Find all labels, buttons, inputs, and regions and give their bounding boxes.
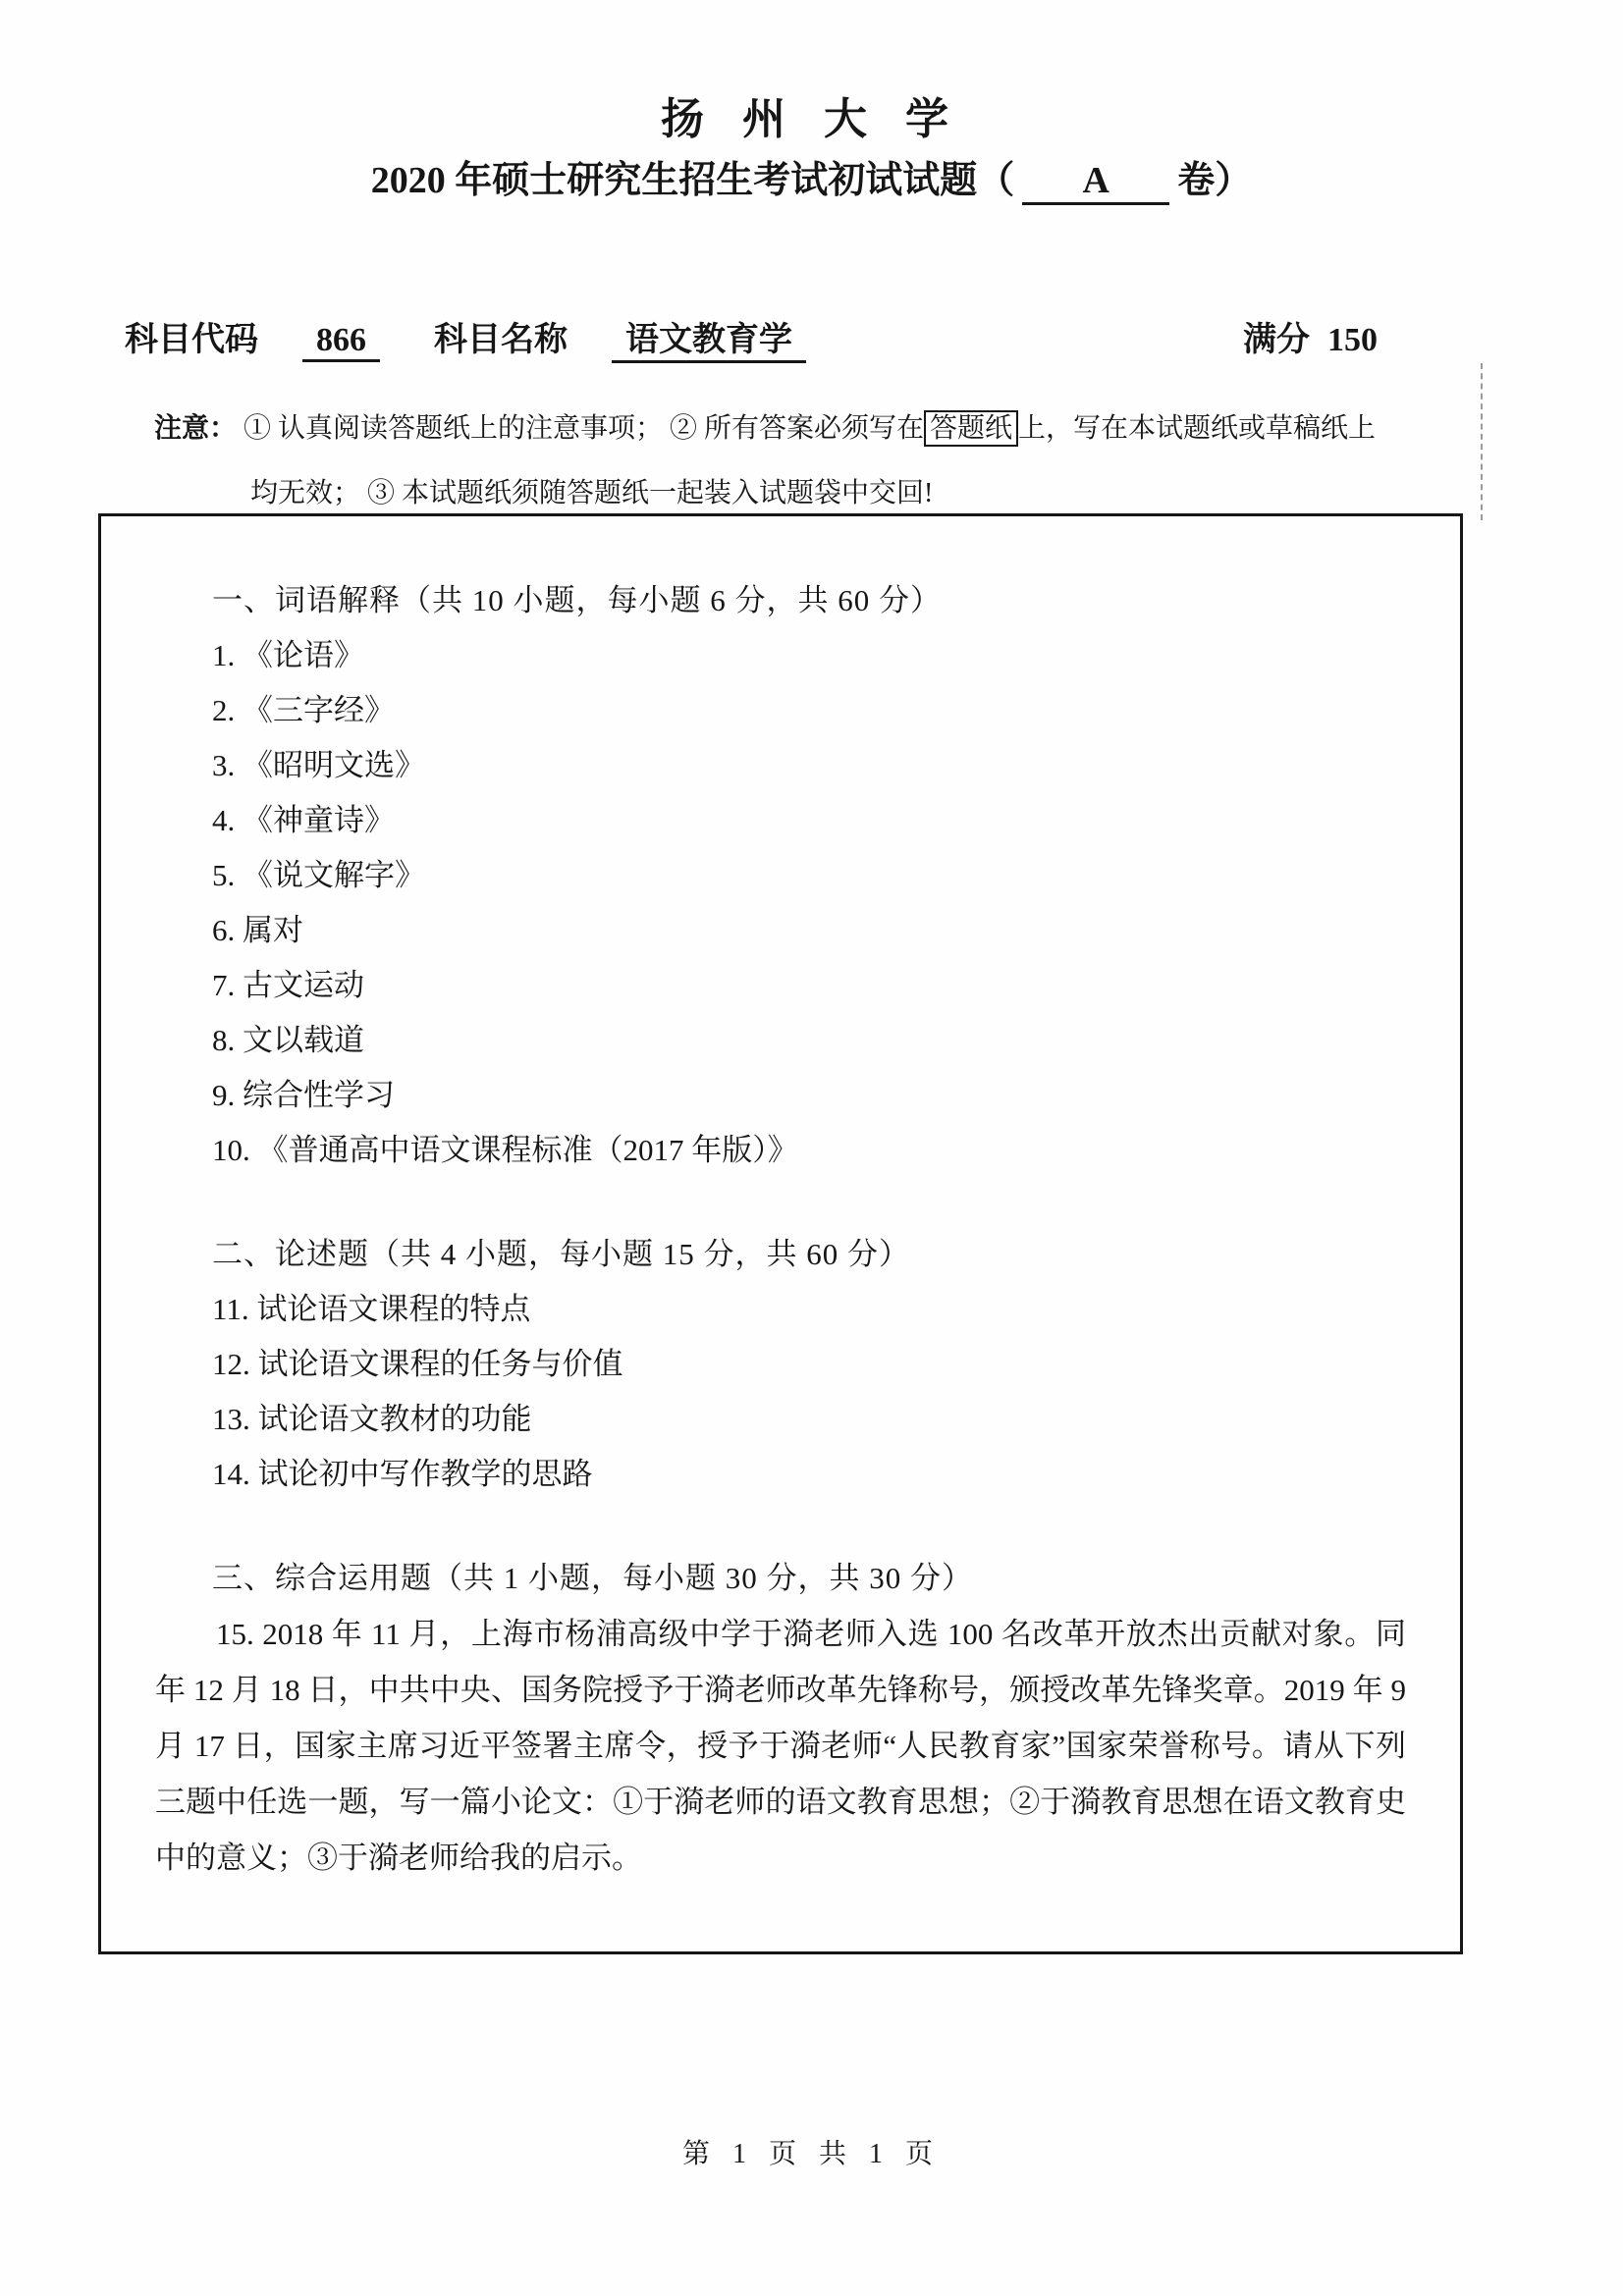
question-box: 一、词语解释（共 10 小题，每小题 6 分，共 60 分）1. 《论语》2. … (98, 513, 1463, 1954)
paper-variant: A (1022, 159, 1169, 205)
section-heading: 二、论述题（共 4 小题，每小题 15 分，共 60 分） (212, 1227, 1406, 1282)
university-title: 扬 州 大 学 (0, 0, 1623, 145)
question-item: 4. 《神童诗》 (212, 793, 1406, 848)
question-item: 11. 试论语文课程的特点 (212, 1282, 1406, 1337)
question-item: 5. 《说文解字》 (212, 848, 1406, 903)
notice-text-1a: ① 认真阅读答题纸上的注意事项； ② 所有答案必须写在 (243, 413, 924, 444)
exam-title: 2020 年硕士研究生招生考试初试试题（A卷） (0, 155, 1623, 206)
question-item: 14. 试论初中写作教学的思路 (212, 1447, 1406, 1502)
question-item: 8. 文以载道 (212, 1013, 1406, 1068)
answer-sheet-boxed-word: 答题纸 (924, 410, 1018, 447)
question-item: 13. 试论语文教材的功能 (212, 1392, 1406, 1447)
notice-line-1: 注意： ① 认真阅读答题纸上的注意事项； ② 所有答案必须写在答题纸上，写在本试… (154, 397, 1505, 461)
scan-artifact-line (1481, 363, 1483, 520)
question-item: 1. 《论语》 (212, 628, 1406, 683)
question-section-2: 二、论述题（共 4 小题，每小题 15 分，共 60 分）11. 试论语文课程的… (155, 1227, 1406, 1502)
question-section-1: 一、词语解释（共 10 小题，每小题 6 分，共 60 分）1. 《论语》2. … (155, 573, 1406, 1178)
question-item: 9. 综合性学习 (212, 1068, 1406, 1123)
full-score-label: 满分 (1243, 322, 1310, 358)
page-footer: 第 1 页 共 1 页 (0, 2132, 1623, 2171)
full-score-value: 150 (1327, 322, 1378, 358)
subject-info-row: 科目代码 866 科目名称 语文教育学 满分150 (125, 312, 1623, 363)
question-item: 2. 《三字经》 (212, 683, 1406, 738)
question-section-3: 三、综合运用题（共 1 小题，每小题 30 分，共 30 分）15. 2018 … (155, 1551, 1406, 1886)
exam-title-prefix: 2020 年硕士研究生招生考试初试试题（ (371, 160, 1015, 201)
section-heading: 一、词语解释（共 10 小题，每小题 6 分，共 60 分） (212, 573, 1406, 628)
question-paragraph: 15. 2018 年 11 月，上海市杨浦高级中学于漪老师入选 100 名改革开… (155, 1606, 1406, 1886)
notice-label: 注意： (154, 413, 237, 444)
subject-code-value: 866 (302, 322, 380, 362)
subject-name-label: 科目名称 (434, 312, 568, 360)
exam-title-suffix: 卷） (1177, 160, 1252, 201)
exam-paper-page: 扬 州 大 学 2020 年硕士研究生招生考试初试试题（A卷） 科目代码 866… (0, 0, 1623, 2296)
question-item: 3. 《昭明文选》 (212, 738, 1406, 793)
notice-text-1b: 上，写在本试题纸或草稿纸上 (1018, 413, 1376, 444)
question-item: 7. 古文运动 (212, 958, 1406, 1013)
section-heading: 三、综合运用题（共 1 小题，每小题 30 分，共 30 分） (212, 1551, 1406, 1606)
exam-notice: 注意： ① 认真阅读答题纸上的注意事项； ② 所有答案必须写在答题纸上，写在本试… (154, 397, 1505, 526)
question-item: 12. 试论语文课程的任务与价值 (212, 1337, 1406, 1392)
full-score: 满分150 (1243, 312, 1378, 360)
question-item: 10. 《普通高中语文课程标准（2017 年版）》 (212, 1123, 1406, 1178)
subject-code-label: 科目代码 (125, 312, 258, 360)
subject-name-value: 语文教育学 (612, 312, 806, 363)
question-item: 6. 属对 (212, 903, 1406, 958)
